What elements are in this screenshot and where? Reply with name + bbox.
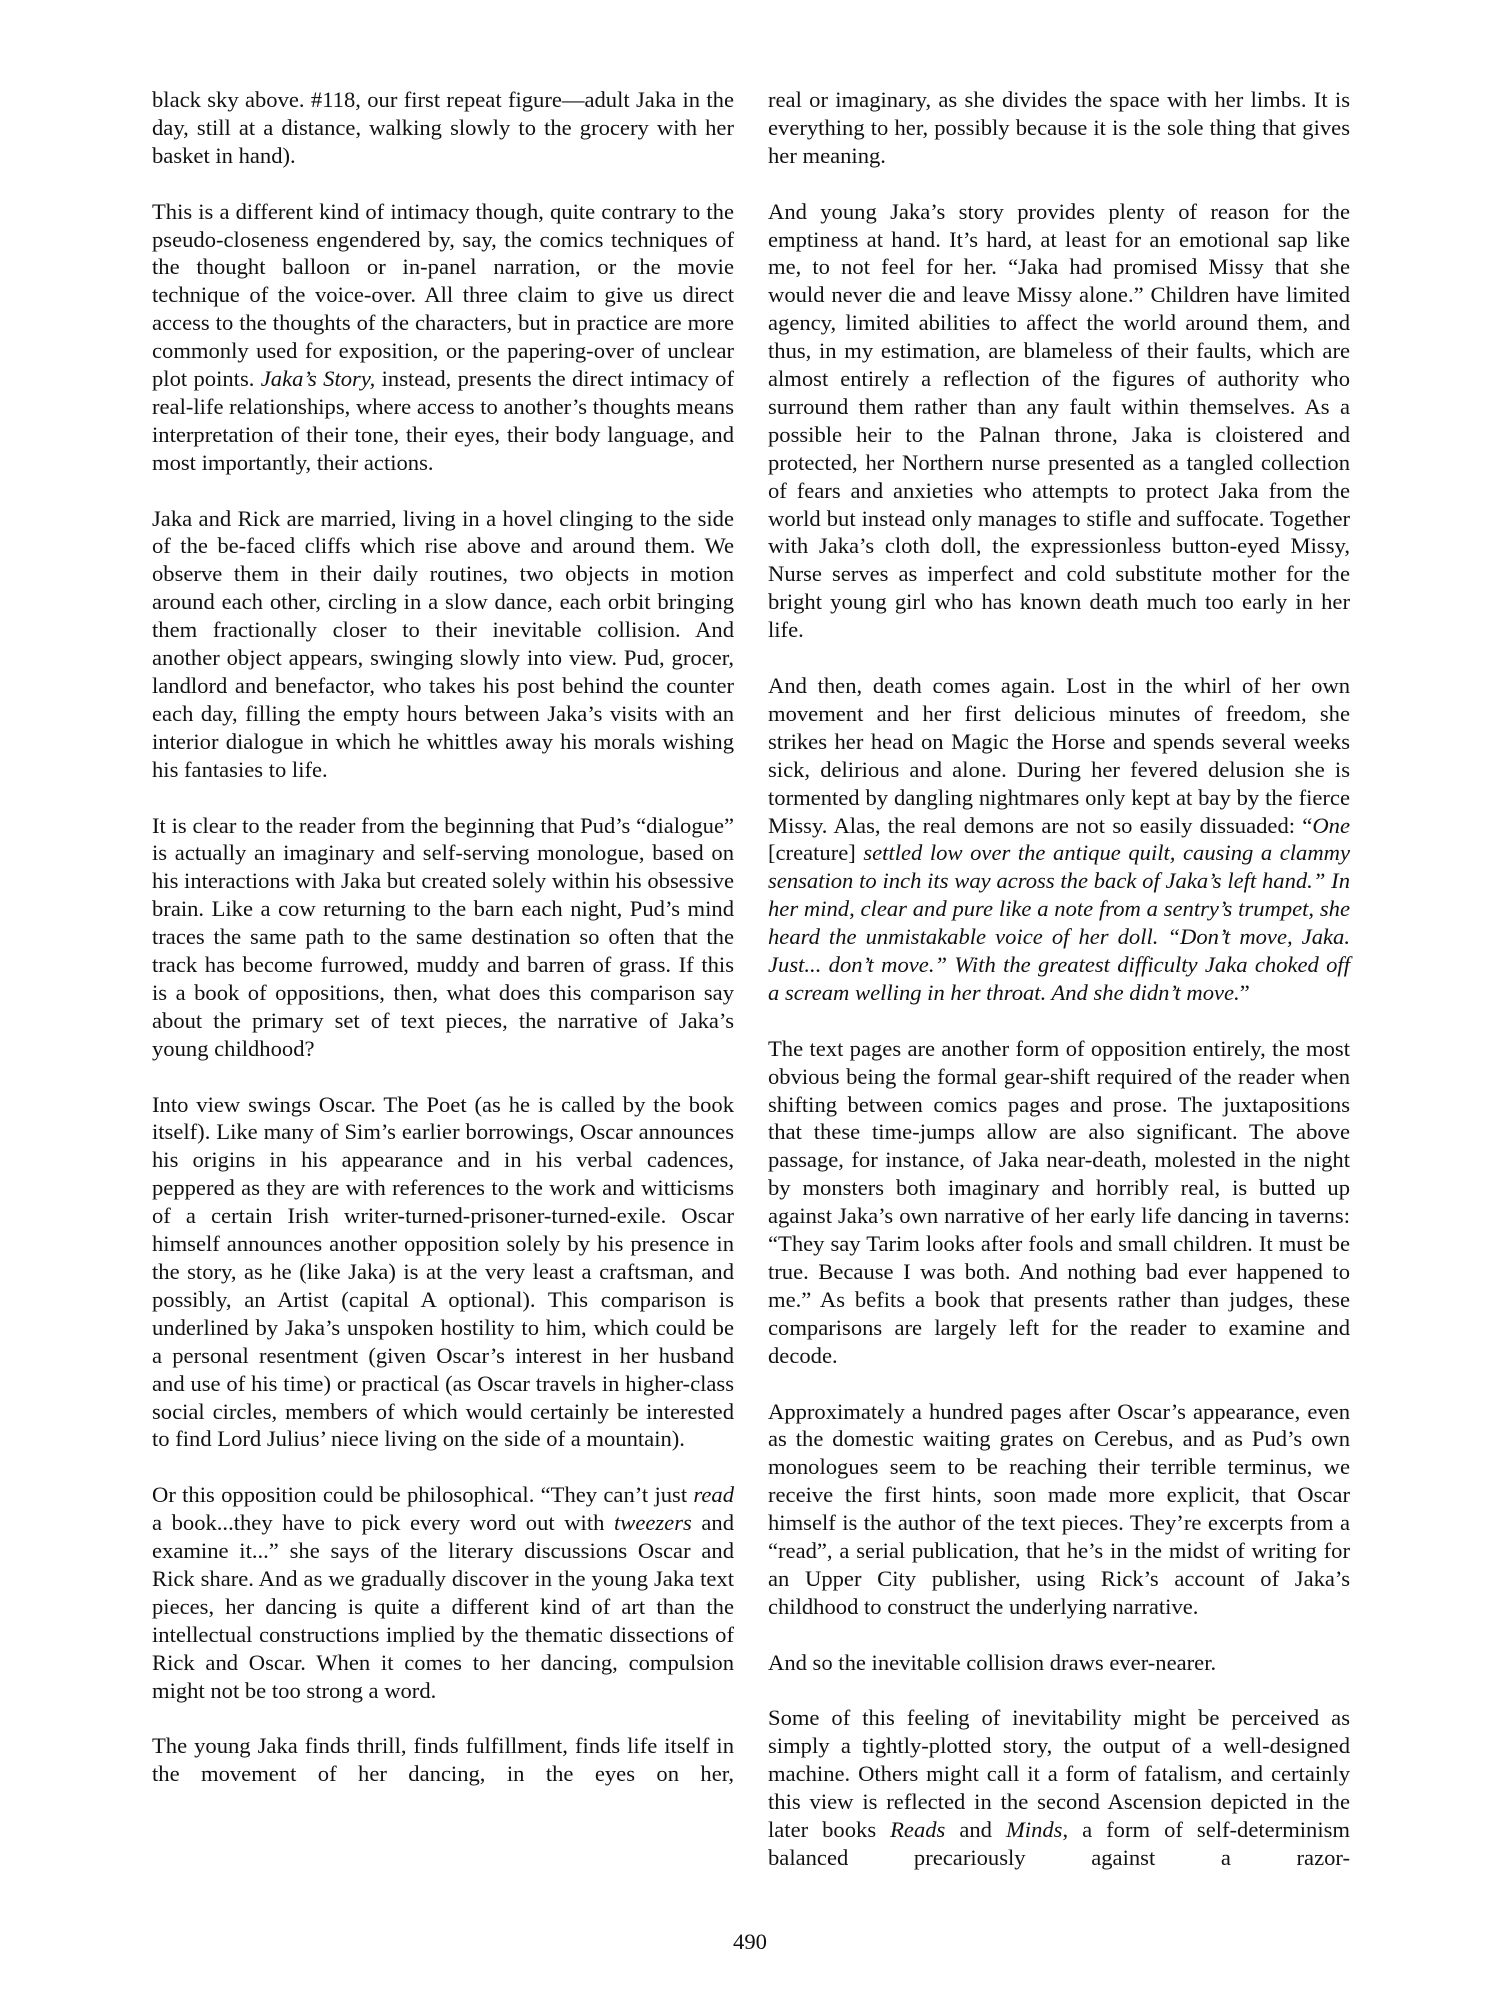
text-run: Into view swings Oscar. The Poet (as he …: [152, 1092, 734, 1452]
page-number: 490: [0, 1928, 1500, 1956]
paragraph: This is a different kind of intimacy tho…: [152, 198, 734, 477]
italic-text-run: Reads: [890, 1817, 945, 1842]
text-run: And young Jaka’s story provides plenty o…: [768, 199, 1350, 643]
paragraph: It is clear to the reader from the begin…: [152, 812, 734, 1063]
paragraph: Into view swings Oscar. The Poet (as he …: [152, 1091, 734, 1454]
text-run: [creature]: [768, 840, 863, 865]
paragraph: The young Jaka finds thrill, finds fulfi…: [152, 1732, 734, 1788]
text-run: This is a different kind of intimacy tho…: [152, 199, 734, 391]
paragraph: The text pages are another form of oppos…: [768, 1035, 1350, 1370]
text-run: and: [945, 1817, 1006, 1842]
text-run: Approximately a hundred pages after Osca…: [768, 1399, 1350, 1619]
text-run: It is clear to the reader from the begin…: [152, 813, 734, 1061]
right-text-column: real or imaginary, as she divides the sp…: [768, 86, 1350, 1872]
text-run: real or imaginary, as she divides the sp…: [768, 87, 1350, 168]
text-run: Jaka and Rick are married, living in a h…: [152, 506, 734, 782]
text-run: The young Jaka finds thrill, finds fulfi…: [152, 1733, 734, 1786]
text-run: a book...they have to pick every word ou…: [152, 1510, 614, 1535]
paragraph: And young Jaka’s story provides plenty o…: [768, 198, 1350, 645]
text-run: Or this opposition could be philosophica…: [152, 1482, 693, 1507]
text-run: black sky above. #118, our first repeat …: [152, 87, 734, 168]
italic-text-run: One: [1312, 813, 1350, 838]
italic-text-run: Minds: [1006, 1817, 1062, 1842]
text-run: And then, death comes again. Lost in the…: [768, 673, 1350, 838]
paragraph: Approximately a hundred pages after Osca…: [768, 1398, 1350, 1621]
paragraph: Jaka and Rick are married, living in a h…: [152, 505, 734, 784]
paragraph: And so the inevitable collision draws ev…: [768, 1649, 1350, 1677]
paragraph: Or this opposition could be philosophica…: [152, 1481, 734, 1704]
left-text-column: black sky above. #118, our first repeat …: [152, 86, 734, 1788]
text-run: and examine it...” she says of the liter…: [152, 1510, 734, 1702]
paragraph: And then, death comes again. Lost in the…: [768, 672, 1350, 1007]
text-run: ”: [1240, 980, 1250, 1005]
text-run: And so the inevitable collision draws ev…: [768, 1650, 1216, 1675]
text-run: The text pages are another form of oppos…: [768, 1036, 1350, 1368]
document-page: black sky above. #118, our first repeat …: [0, 0, 1500, 2000]
paragraph: real or imaginary, as she divides the sp…: [768, 86, 1350, 170]
paragraph: Some of this feeling of inevitability mi…: [768, 1704, 1350, 1871]
italic-text-run: read: [693, 1482, 734, 1507]
italic-text-run: Jaka’s Story,: [261, 366, 376, 391]
paragraph: black sky above. #118, our first repeat …: [152, 86, 734, 170]
italic-text-run: tweezers: [614, 1510, 692, 1535]
